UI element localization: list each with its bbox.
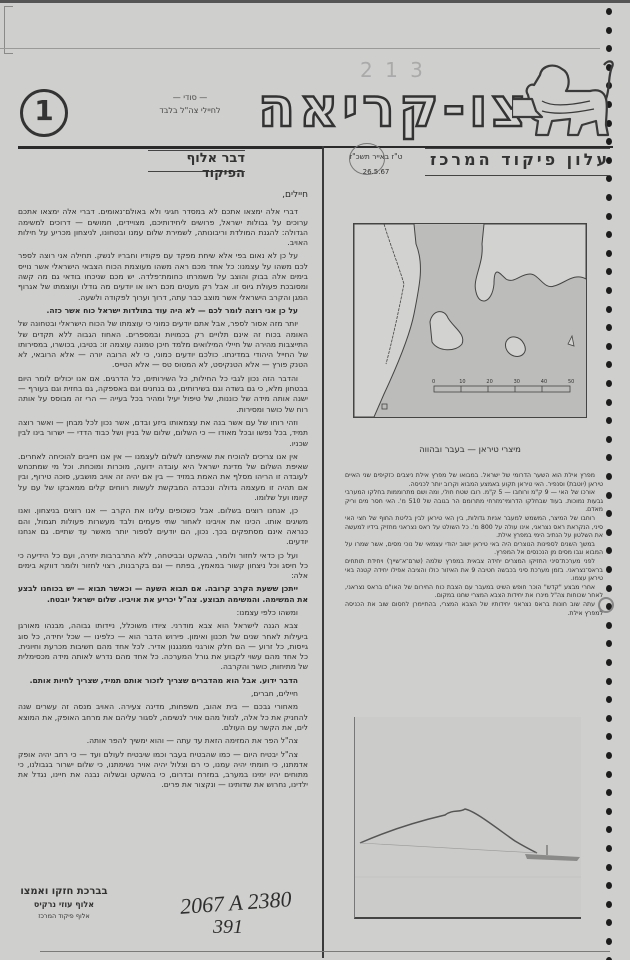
newsletter-page: 2 1 3 1 — סודי — לחיילי צה"ל בלבד צו-קרי… — [0, 0, 630, 960]
binder-hole — [606, 919, 612, 926]
binder-hole — [606, 175, 612, 182]
binder-hole — [606, 696, 612, 703]
binder-hole — [606, 380, 612, 387]
binder-hole — [606, 659, 612, 666]
lion-emblem-icon — [512, 55, 617, 145]
article-paragraph: יותר מזה אסור לספר, אבל אתם יודעים כמוני… — [18, 319, 308, 370]
binder-hole — [606, 826, 612, 833]
date-hebrew: ט"ז באייר תשכ"ז — [340, 152, 412, 161]
binder-hole — [606, 845, 612, 852]
binder-hole — [606, 640, 612, 647]
classification-label: — סודי — — [142, 93, 238, 102]
article-paragraph: על כן לא נאום בפי אלא שיחת מפקד עם פקודי… — [18, 251, 308, 302]
binder-hole — [606, 547, 612, 554]
binder-hole — [606, 417, 612, 424]
binder-hole — [606, 864, 612, 871]
binder-hole — [606, 324, 612, 331]
binder-hole — [606, 715, 612, 722]
binder-hole — [606, 194, 612, 201]
tiran-paragraph: אורכו של האי — 9 ק"מ ורוחבו — 5 ק"מ. רוב… — [345, 489, 603, 515]
tiran-paragraph: מפרץ אילת הוא השער הדרומי של ישראל. במבו… — [345, 472, 603, 489]
map-caption: מיצרי טיראן — בעבר ובהווה — [360, 445, 580, 455]
binder-hole — [606, 27, 612, 34]
binder-hole — [606, 213, 612, 220]
binder-hole — [606, 678, 612, 685]
binder-hole — [606, 250, 612, 257]
issue-number-badge: 1 — [20, 89, 68, 137]
binder-hole — [606, 957, 612, 960]
binder-hole — [606, 938, 612, 945]
binder-hole — [606, 8, 612, 15]
signature-role: אלוף פיקוד המרכז — [14, 912, 114, 920]
binder-hole — [606, 529, 612, 536]
tiran-paragraph: במשך השנים לספינות הנוצרים היה באי טיראן… — [345, 541, 603, 558]
article-paragraph: מאחורי גבכם — בית אהוב, משפחות, מדינה צע… — [18, 702, 308, 733]
tiran-paragraph: לפני מערכת־סיני החזיקו המצרים יחידה צבאי… — [345, 558, 603, 584]
binder-ring-mark — [598, 597, 614, 613]
article-paragraph: צה"ל הפר את המזימה הזאת עד עתה — והוא ימ… — [18, 736, 308, 746]
tiran-paragraph: עתה שוב חונות בראס נצראני יחידותיו של הצ… — [345, 601, 603, 618]
binder-hole — [606, 306, 612, 313]
binder-hole — [606, 510, 612, 517]
article-paragraph: דברי אלה ימצאו אתכם לא במסדר חגיגי ולא ב… — [18, 207, 308, 248]
article-paragraph: כן, אנחנו רוצים בשלום. אבל כשכופים עלינו… — [18, 506, 308, 547]
binder-hole — [606, 287, 612, 294]
masthead-rule-left — [18, 146, 323, 149]
signature-name: אלוף עוזי נרקיס — [14, 900, 114, 909]
tiran-paragraph: רוחבו של המיצר, המשמש למעבר אניות גדולות… — [345, 515, 603, 541]
binder-hole — [606, 492, 612, 499]
article-paragraph: על כן אני רוצה לומר לכם — לא היה עוד בתו… — [18, 306, 308, 316]
binder-hole — [606, 399, 612, 406]
tiran-article-body: מפרץ אילת הוא השער הדרומי של ישראל. במבו… — [345, 472, 603, 618]
binder-hole — [606, 771, 612, 778]
binder-hole — [606, 585, 612, 592]
tiran-straits-map: 01020304050 — [353, 223, 587, 418]
binder-hole — [606, 808, 612, 815]
binder-hole — [606, 882, 612, 889]
binder-hole — [606, 622, 612, 629]
signature-block: בברכת חזקו ואמצו אלוף עוזי נרקיס אלוף פי… — [14, 886, 114, 920]
article-paragraph: ייתכן ששעת הקרב קרובה. אם תבוא השעה — וכ… — [18, 584, 308, 605]
signature-closing: בברכת חזקו ואמצו — [14, 886, 114, 897]
binder-hole — [606, 361, 612, 368]
binder-hole — [606, 733, 612, 740]
classification-block: — סודי — לחיילי צה"ל בלבד — [142, 93, 238, 115]
binder-hole — [606, 752, 612, 759]
article-paragraph: צבא הגנה לישראל הוא צבא מודרני. ציודו מש… — [18, 621, 308, 672]
binder-hole — [606, 268, 612, 275]
article-paragraph: צה"ל יבטיח היום — כמו שהבטיח בעבר וכמו ש… — [18, 750, 308, 791]
article-paragraph: חיילים, חברים, — [18, 689, 308, 699]
article-paragraph: וזהי רוחו של עם אשר בנה את עצמאותו ביזע … — [18, 418, 308, 449]
issue-number: 1 — [23, 94, 65, 127]
column-divider — [322, 146, 324, 958]
article-title: דבר אלוף הפיקוד — [148, 151, 245, 181]
archive-initials-handwritten: 391 — [213, 916, 243, 939]
article-paragraph: ועל כן כדאי לחזור ולומר, בהשקט ובביטחה, … — [18, 551, 308, 582]
tiran-island-illustration — [354, 717, 581, 919]
binder-hole — [606, 436, 612, 443]
salutation: חיילים, — [18, 190, 308, 200]
distribution-label: לחיילי צה"ל בלבד — [142, 106, 238, 115]
newsletter-subtitle: עלון פיקוד המרכז — [425, 150, 610, 169]
article-paragraph: אין אנו צריכים להוכיח את שאיפתנו לשלום ל… — [18, 452, 308, 503]
article-paragraph: הדבר ידוע. אבל הוא מהדברים שצריך לזכור א… — [18, 676, 308, 686]
commander-article-body: חיילים, דברי אלה ימצאו אתכם לא במסדר חגי… — [18, 190, 308, 794]
binder-hole — [606, 789, 612, 796]
binder-hole — [606, 454, 612, 461]
top-fold-line — [0, 48, 600, 49]
date-gregorian: 26.5.67 — [340, 168, 412, 176]
bottom-fold-line — [40, 951, 610, 952]
article-paragraph: והדבר הזה נכון לגבי כל החילות, כל השירות… — [18, 374, 308, 415]
binder-hole — [606, 343, 612, 350]
article-paragraph: ומשהו כלפי עצמנו: — [18, 608, 308, 618]
tiran-paragraph: אחרי מבצע "קדש" הוכר חופש השיט במעבר עם … — [345, 584, 603, 601]
archive-code-handwritten: 2067 A 2380 — [179, 886, 292, 920]
binder-hole — [606, 566, 612, 573]
binder-hole — [606, 45, 612, 52]
binder-hole — [606, 231, 612, 238]
scan-top-edge — [0, 0, 630, 3]
binder-hole — [606, 901, 612, 908]
scan-left-edge — [4, 6, 13, 54]
binder-hole — [606, 473, 612, 480]
newsletter-title: צו-קריאה — [258, 80, 531, 136]
